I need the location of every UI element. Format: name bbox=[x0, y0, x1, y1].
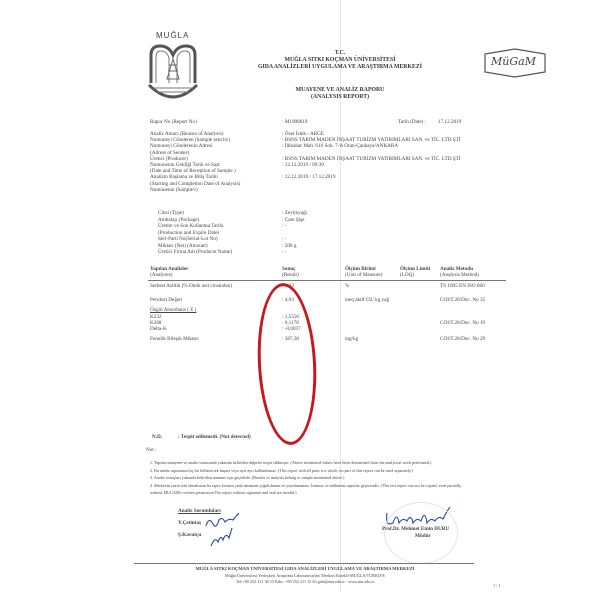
report-title-en: (ANALYSIS REPORT) bbox=[200, 94, 480, 101]
analysis-name: Serbest Asitlik (% Oleik asit cinsinden) bbox=[150, 283, 232, 290]
analysis-method: COI/T.20/Doc. No 19 bbox=[440, 320, 485, 327]
nd-abbr: N.D. bbox=[152, 434, 162, 441]
col-analyses-en: (Analyses) bbox=[150, 272, 172, 279]
note-item: 3. Analiz sonuçları yukarıda belirtilen … bbox=[150, 474, 344, 481]
page-number: 1 / 1 bbox=[493, 582, 500, 589]
footer-line1: MUĞLA SITKI KOÇMAN ÜNİVERSİTESİ GIDA ANA… bbox=[130, 565, 480, 572]
sample-value: : - bbox=[282, 249, 286, 256]
info-label: Numunenin (Sample's) bbox=[150, 187, 198, 194]
analysis-method: TS 1605 EN ISO 660 bbox=[440, 283, 485, 290]
analysis-method: COI/T.20/Doc. No 35 bbox=[440, 297, 485, 304]
col-loq-en: (LOQ) bbox=[400, 272, 414, 279]
red-highlight-oval bbox=[254, 282, 320, 447]
header-university: MUĞLA SITKI KOÇMAN ÜNİVERSİTESİ bbox=[200, 57, 480, 64]
info-value: : 12.12.2019 / 09:30 bbox=[282, 162, 324, 169]
university-emblem-icon bbox=[147, 43, 199, 105]
info-value: : İlkbahar Mah. 616 Sok. 7-A Oran-Çankay… bbox=[282, 143, 398, 150]
analysis-name: Delta-K bbox=[150, 326, 167, 333]
col-result-en: (Result) bbox=[282, 272, 299, 279]
director-name: Prof.Dr. Mehmet Emin DURU bbox=[382, 526, 449, 533]
col-method-en: (Analysis Method) bbox=[440, 272, 479, 279]
table-header-rule bbox=[148, 280, 506, 281]
nd-text: : Tespit edilemedi. (Not detected) bbox=[178, 434, 251, 441]
director-title: Müdür bbox=[415, 533, 431, 540]
note-item: without MUGAM's written permission.The r… bbox=[150, 489, 297, 496]
logo-text: MUĞLA bbox=[156, 32, 189, 39]
university-logo: MUĞLA bbox=[143, 32, 203, 108]
header-center: GIDA ANALİZLERİ UYGULAMA VE ARAŞTIRMA ME… bbox=[200, 64, 480, 71]
footer-rule bbox=[134, 563, 474, 564]
report-no-label: Rapor No (Report No) bbox=[150, 119, 197, 126]
date-value: 17.12.2019 bbox=[438, 119, 461, 126]
analysis-unit: % bbox=[345, 283, 349, 290]
analysis-name: Peroksit Değeri bbox=[150, 297, 182, 304]
analyst-1: Y.Çetintaş bbox=[178, 520, 201, 527]
analysis-unit: mg/kg bbox=[345, 336, 358, 343]
date-label: Tarih (Date) : bbox=[398, 119, 426, 126]
note-item: 4. Merkezin yazılı izni olmaksızın bu ra… bbox=[150, 482, 462, 489]
analysis-name: Fenolik Bileşik Miktarı bbox=[150, 336, 199, 343]
analysis-name: Özgül Absorbans ( E ) bbox=[150, 307, 196, 314]
analysis-method: COI/T.20/Doc. No 29 bbox=[440, 336, 485, 343]
info-value: : 12.12.2019 / 17.12.2019 bbox=[282, 174, 335, 181]
analysis-unit: meq aktif O2/ kg yağ bbox=[345, 297, 389, 304]
analyst-signatures-icon bbox=[203, 510, 243, 550]
mugam-logo: MüGaM bbox=[483, 48, 547, 83]
report-title: MUAYENE VE ANALİZ RAPORU bbox=[200, 87, 480, 94]
sample-value: : - bbox=[282, 223, 286, 230]
report-no-value: : M1908819 bbox=[282, 119, 308, 126]
sample-label: Üretici Firma Adı (Producer Name) bbox=[158, 249, 232, 256]
header-tc: T.C. bbox=[200, 50, 480, 57]
note-item: 1. Yapılan muayene ve analiz sonucunda y… bbox=[150, 459, 431, 466]
footer-line3: Tel:+90 252 211 38 53 Faks: +90 252 211 … bbox=[130, 578, 480, 585]
mugam-logo-text: MüGaM bbox=[491, 55, 536, 68]
col-unit-en: (Unit of Measure) bbox=[345, 272, 382, 279]
notes-title: Not : bbox=[146, 447, 157, 454]
note-item: 2. Bu analiz raporunun hiç bir bölümü te… bbox=[150, 467, 413, 474]
analyst-2: Ş.Kavutçu bbox=[178, 532, 201, 539]
